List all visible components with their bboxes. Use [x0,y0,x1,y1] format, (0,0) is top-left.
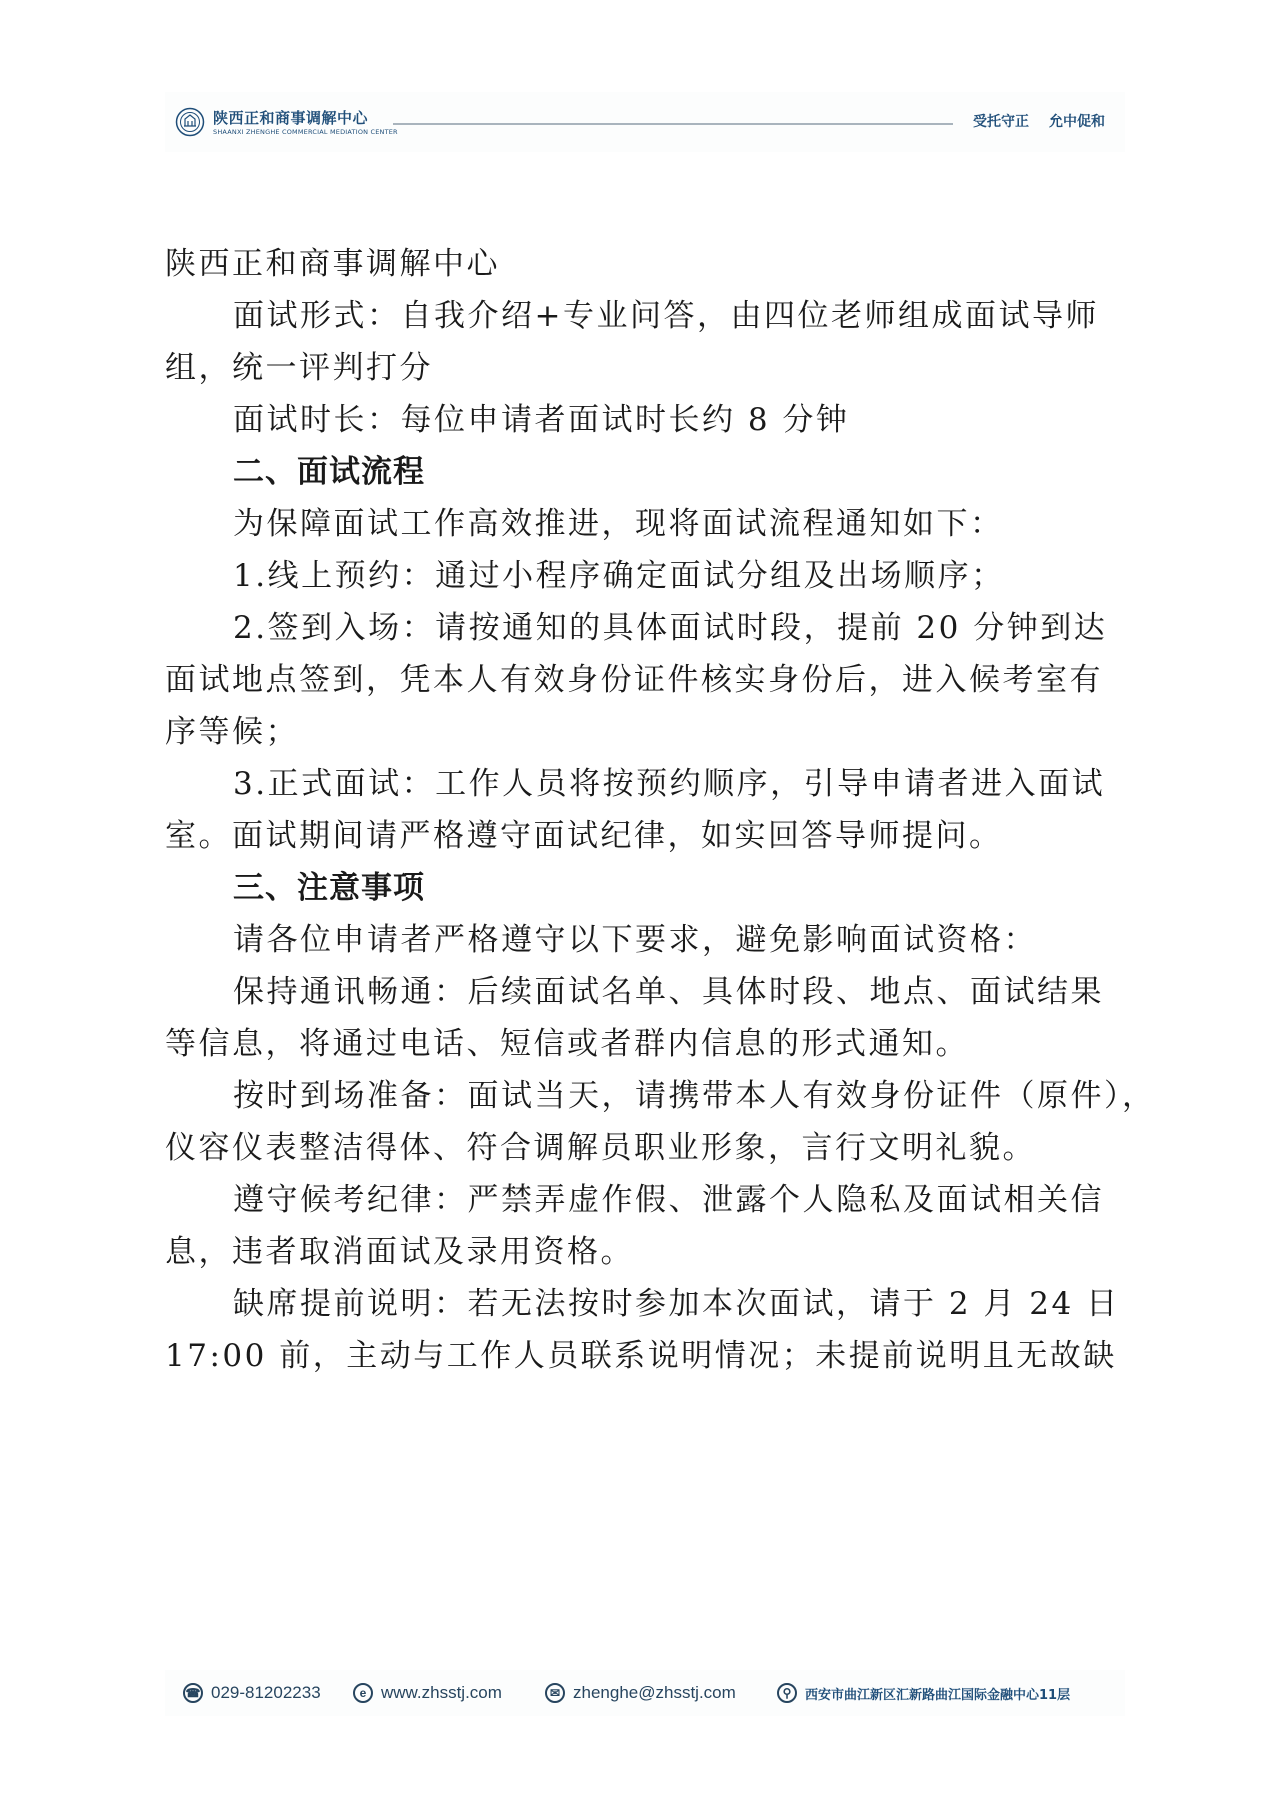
body-line: 2.签到入场：请按通知的具体面试时段，提前 20 分钟到达 [165,602,1125,654]
org-name-cn: 陕西正和商事调解中心 [213,107,368,128]
body-line: 缺席提前说明：若无法按时参加本次面试，请于 2 月 24 日 [165,1278,1125,1330]
body-line: 序等候； [165,706,1125,758]
email-link[interactable]: zhenghe@zhsstj.com [573,1683,736,1703]
body-line: 组，统一评判打分 [165,342,1125,394]
motto-1: 受托守正 [973,111,1029,131]
header-divider [393,123,953,125]
body-line: 请各位申请者严格遵守以下要求，避免影响面试资格： [165,914,1125,966]
document-body: 陕西正和商事调解中心 面试形式：自我介绍+专业问答，由四位老师组成面试导师 组，… [165,238,1125,1382]
org-name-en: SHAANXI ZHENGHE COMMERCIAL MEDIATION CEN… [213,128,398,136]
body-line: 17:00 前，主动与工作人员联系说明情况；未提前说明且无故缺 [165,1330,1125,1382]
body-line: 息，违者取消面试及录用资格。 [165,1226,1125,1278]
emblem-logo-icon [175,106,205,138]
body-line: 陕西正和商事调解中心 [165,238,1125,290]
body-line: 遵守候考纪律：严禁弄虚作假、泄露个人隐私及面试相关信 [165,1174,1125,1226]
body-line: 仪容仪表整洁得体、符合调解员职业形象，言行文明礼貌。 [165,1122,1125,1174]
letterhead-footer: ☎ 029-81202233 e www.zhsstj.com ✉ zhengh… [165,1670,1125,1716]
body-line: 3.正式面试：工作人员将按预约顺序，引导申请者进入面试 [165,758,1125,810]
phone-number: 029-81202233 [211,1683,321,1703]
body-line: 按时到场准备：面试当天，请携带本人有效身份证件（原件）， [165,1070,1125,1122]
motto-2: 允中促和 [1049,111,1105,131]
body-line: 为保障面试工作高效推进，现将面试流程通知如下： [165,498,1125,550]
footer-phone: ☎ 029-81202233 [183,1680,321,1706]
browser-icon: e [353,1683,373,1703]
footer-address: ⚲ 西安市曲江新区汇新路曲江国际金融中心11层 [777,1680,1070,1706]
address-text: 西安市曲江新区汇新路曲江国际金融中心11层 [805,1684,1070,1703]
body-line: 面试时长：每位申请者面试时长约 8 分钟 [165,394,1125,446]
body-line: 室。面试期间请严格遵守面试纪律，如实回答导师提问。 [165,810,1125,862]
section-heading: 二、面试流程 [165,446,1125,498]
body-line: 面试地点签到，凭本人有效身份证件核实身份后，进入候考室有 [165,654,1125,706]
mail-icon: ✉ [545,1683,565,1703]
body-line: 等信息，将通过电话、短信或者群内信息的形式通知。 [165,1018,1125,1070]
footer-email: ✉ zhenghe@zhsstj.com [545,1680,736,1706]
footer-website: e www.zhsstj.com [353,1680,502,1706]
location-pin-icon: ⚲ [777,1683,797,1703]
phone-icon: ☎ [183,1683,203,1703]
section-heading: 三、注意事项 [165,862,1125,914]
letterhead-header: 陕西正和商事调解中心 SHAANXI ZHENGHE COMMERCIAL ME… [165,92,1125,152]
body-line: 面试形式：自我介绍+专业问答，由四位老师组成面试导师 [165,290,1125,342]
body-line: 1.线上预约：通过小程序确定面试分组及出场顺序； [165,550,1125,602]
website-link[interactable]: www.zhsstj.com [381,1683,502,1703]
body-line: 保持通讯畅通：后续面试名单、具体时段、地点、面试结果 [165,966,1125,1018]
